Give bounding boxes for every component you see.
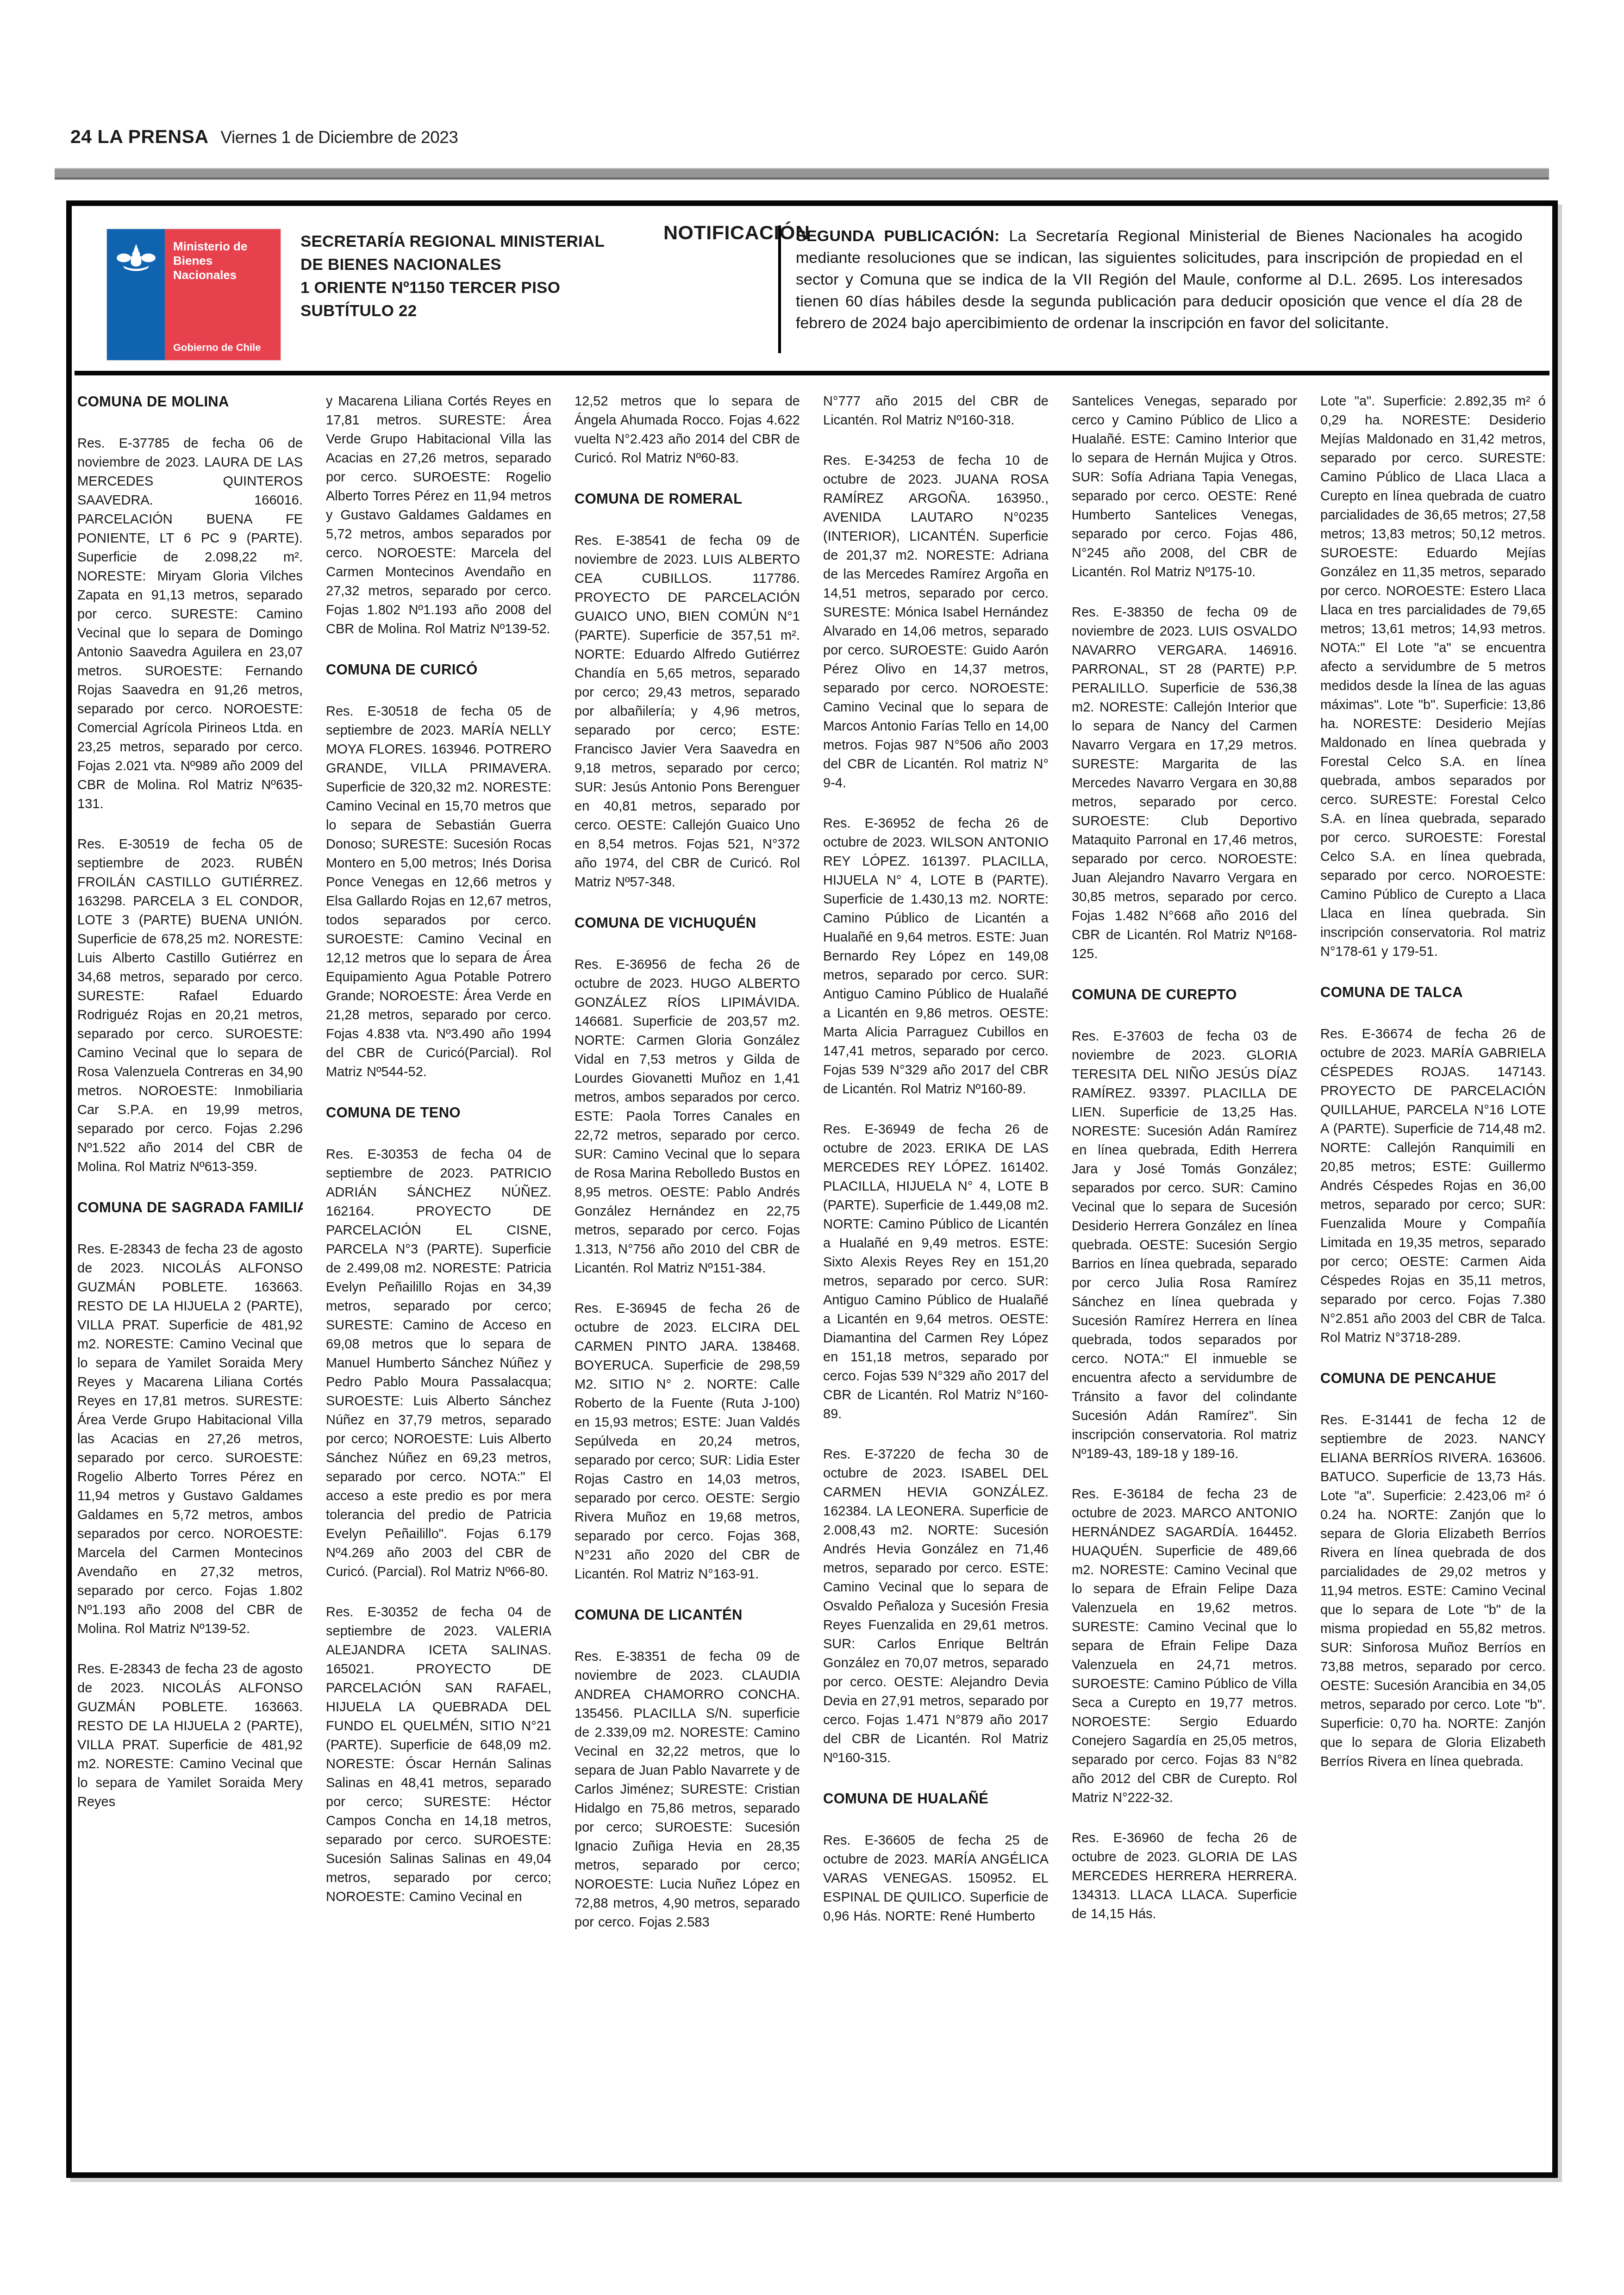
logo-government-text: Gobierno de Chile xyxy=(173,342,261,354)
text-column-1: COMUNA DE MOLINARes. E-37785 de fecha 06… xyxy=(77,392,303,2145)
page-number: 24 xyxy=(70,126,92,148)
logo-ministry-line: Nacionales xyxy=(173,268,247,282)
comuna-heading: COMUNA DE CUREPTO xyxy=(1072,985,1297,1004)
comuna-heading: COMUNA DE ROMERAL xyxy=(575,489,800,508)
notice-paragraph: Res. E-36949 de fecha 26 de octubre de 2… xyxy=(823,1120,1049,1424)
notice-paragraph: Res. E-38541 de fecha 09 de noviembre de… xyxy=(575,531,800,892)
notice-paragraph: Res. E-30518 de fecha 05 de septiembre d… xyxy=(326,702,551,1082)
comuna-heading: COMUNA DE SAGRADA FAMILIA xyxy=(77,1198,303,1217)
notice-paragraph: Res. E-36952 de fecha 26 de octubre de 2… xyxy=(823,814,1049,1099)
notice-paragraph: Santelices Venegas, separado por cerco y… xyxy=(1072,392,1297,582)
notice-paragraph: Res. E-34253 de fecha 10 de octubre de 2… xyxy=(823,451,1049,793)
ministry-logo: Ministerio de Bienes Nacionales Gobierno… xyxy=(107,229,281,360)
notice-paragraph: Res. E-36956 de fecha 26 de octubre de 2… xyxy=(575,955,800,1278)
notice-paragraph: Res. E-36674 de fecha 26 de octubre de 2… xyxy=(1320,1025,1546,1347)
notice-paragraph: Lote "a". Superficie: 2.892,35 m² ó 0,29… xyxy=(1320,392,1546,961)
notice-paragraph: Res. E-30519 de fecha 05 de septiembre d… xyxy=(77,835,303,1177)
comuna-heading: COMUNA DE HUALAÑÉ xyxy=(823,1789,1049,1808)
masthead: 24 LA PRENSA Viernes 1 de Diciembre de 2… xyxy=(70,126,458,148)
masthead-date: Viernes 1 de Diciembre de 2023 xyxy=(221,128,458,147)
office-line: DE BIENES NACIONALES xyxy=(300,253,605,276)
notice-paragraph: Res. E-37220 de fecha 30 de octubre de 2… xyxy=(823,1445,1049,1768)
comuna-heading: COMUNA DE MOLINA xyxy=(77,392,303,411)
text-column-5: Santelices Venegas, separado por cerco y… xyxy=(1072,392,1297,2145)
office-line: 1 ORIENTE Nº1150 TERCER PISO xyxy=(300,276,605,299)
office-line: SUBTÍTULO 22 xyxy=(300,299,605,323)
notice-paragraph: y Macarena Liliana Cortés Reyes en 17,81… xyxy=(326,392,551,639)
notice-paragraph: 12,52 metros que lo separa de Ángela Ahu… xyxy=(575,392,800,468)
comuna-heading: COMUNA DE TENO xyxy=(326,1103,551,1122)
logo-ministry-line: Bienes xyxy=(173,254,247,268)
logo-blue-panel xyxy=(107,229,165,360)
notice-paragraph: Res. E-38351 de fecha 09 de noviembre de… xyxy=(575,1647,800,1932)
text-column-6: Lote "a". Superficie: 2.892,35 m² ó 0,29… xyxy=(1320,392,1546,2145)
text-column-3: 12,52 metros que lo separa de Ángela Ahu… xyxy=(575,392,800,2145)
notice-paragraph: Res. E-30353 de fecha 04 de septiembre d… xyxy=(326,1145,551,1582)
logo-red-panel: Ministerio de Bienes Nacionales Gobierno… xyxy=(165,229,281,360)
notice-paragraph: Res. E-36605 de fecha 25 de octubre de 2… xyxy=(823,1831,1049,1926)
text-column-4: N°777 año 2015 del CBR de Licantén. Rol … xyxy=(823,392,1049,2145)
notice-paragraph: Res. E-36945 de fecha 26 de octubre de 2… xyxy=(575,1299,800,1584)
comuna-heading: COMUNA DE PENCAHUE xyxy=(1320,1369,1546,1388)
notice-paragraph: Res. E-28343 de fecha 23 de agosto de 20… xyxy=(77,1240,303,1639)
notice-paragraph: Res. E-28343 de fecha 23 de agosto de 20… xyxy=(77,1660,303,1812)
text-column-2: y Macarena Liliana Cortés Reyes en 17,81… xyxy=(326,392,551,2145)
logo-ministry-text: Ministerio de Bienes Nacionales xyxy=(173,239,247,282)
comuna-heading: COMUNA DE TALCA xyxy=(1320,983,1546,1002)
comuna-heading: COMUNA DE CURICÓ xyxy=(326,660,551,679)
notice-paragraph: Res. E-36184 de fecha 23 de octubre de 2… xyxy=(1072,1485,1297,1808)
coat-of-arms-icon xyxy=(113,241,159,276)
notice-paragraph: N°777 año 2015 del CBR de Licantén. Rol … xyxy=(823,392,1049,430)
comuna-heading: COMUNA DE LICANTÉN xyxy=(575,1605,800,1624)
notice-columns: COMUNA DE MOLINARes. E-37785 de fecha 06… xyxy=(72,375,1552,2172)
notice-box: Ministerio de Bienes Nacionales Gobierno… xyxy=(66,200,1558,2178)
notice-paragraph: Res. E-36960 de fecha 26 de octubre de 2… xyxy=(1072,1829,1297,1924)
logo-ministry-line: Ministerio de xyxy=(173,239,247,254)
second-publication-label: SEGUNDA PUBLICACIÓN: xyxy=(796,227,999,245)
office-address: SECRETARÍA REGIONAL MINISTERIAL DE BIENE… xyxy=(300,230,605,323)
notice-header: Ministerio de Bienes Nacionales Gobierno… xyxy=(75,206,1549,375)
notice-paragraph: Res. E-30352 de fecha 04 de septiembre d… xyxy=(326,1603,551,1907)
office-line: SECRETARÍA REGIONAL MINISTERIAL xyxy=(300,230,605,253)
newspaper-page: { "page": { "page_number": "24", "masthe… xyxy=(0,0,1624,2295)
notice-paragraph: Res. E-31441 de fecha 12 de septiembre d… xyxy=(1320,1411,1546,1771)
notice-paragraph: Res. E-37785 de fecha 06 de noviembre de… xyxy=(77,434,303,814)
notice-paragraph: Res. E-37603 de fecha 03 de noviembre de… xyxy=(1072,1027,1297,1464)
masthead-title: LA PRENSA xyxy=(98,126,209,148)
second-publication-paragraph: SEGUNDA PUBLICACIÓN: La Secretaría Regio… xyxy=(778,225,1523,353)
notice-paragraph: Res. E-38350 de fecha 09 de noviembre de… xyxy=(1072,603,1297,964)
masthead-rule xyxy=(55,168,1549,180)
comuna-heading: COMUNA DE VICHUQUÉN xyxy=(575,913,800,932)
